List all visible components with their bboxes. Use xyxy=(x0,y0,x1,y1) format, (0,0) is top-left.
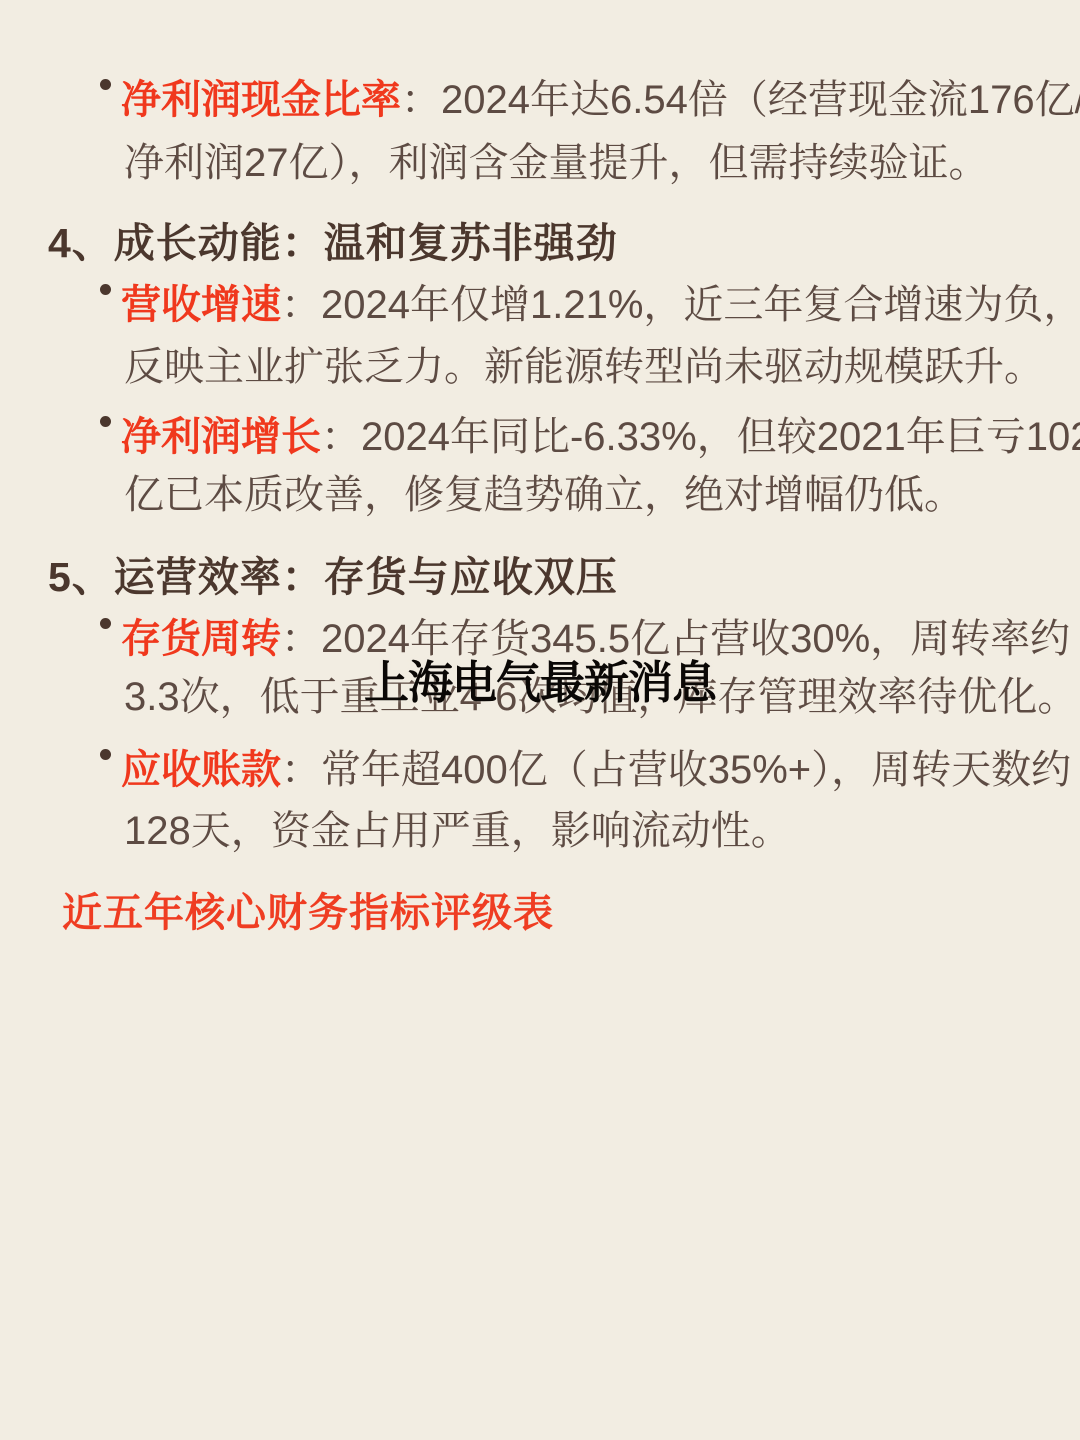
metric-label: 营收增速 xyxy=(121,283,281,327)
article-page: 净利润现金比率：2024年达6.54倍（经营现金流176亿/ 净利润27亿），利… xyxy=(0,0,1080,1440)
bullet-dot xyxy=(100,749,111,760)
metric-label: 净利润现金比率 xyxy=(121,78,401,122)
metric-line: 净利润现金比率：2024年达6.54倍（经营现金流176亿/ xyxy=(121,80,1080,120)
metric-line: 存货周转：2024年存货345.5亿占营收30%，周转率约 xyxy=(121,619,1070,659)
metric-text: ：常年超400亿（占营收35%+），周转天数约 xyxy=(281,748,1071,792)
section-heading-4: 4、成长动能：温和复苏非强劲 xyxy=(48,223,618,264)
metric-text: ：2024年存货345.5亿占营收30%，周转率约 xyxy=(281,617,1070,661)
metric-text-wrap: 128天，资金占用严重，影响流动性。 xyxy=(124,811,791,851)
metric-label: 存货周转 xyxy=(121,617,281,661)
table-title: 近五年核心财务指标评级表 xyxy=(62,893,554,933)
bullet-dot xyxy=(100,618,111,629)
metric-text-wrap: 亿已本质改善，修复趋势确立，绝对增幅仍低。 xyxy=(124,475,964,515)
metric-label: 应收账款 xyxy=(121,748,281,792)
metric-text: ：2024年达6.54倍（经营现金流176亿/ xyxy=(401,78,1080,122)
section-heading-5: 5、运营效率：存货与应收双压 xyxy=(48,557,618,598)
metric-text-wrap: 反映主业扩张乏力。新能源转型尚未驱动规模跃升。 xyxy=(124,347,1044,387)
metric-text: ：2024年仅增1.21%，近三年复合增速为负， xyxy=(281,283,1080,327)
metric-label: 净利润增长 xyxy=(121,415,321,459)
metric-line: 营收增速：2024年仅增1.21%，近三年复合增速为负， xyxy=(121,285,1080,325)
metric-text: ：2024年同比-6.33%，但较2021年巨亏102 xyxy=(321,415,1080,459)
metric-line: 净利润增长：2024年同比-6.33%，但较2021年巨亏102 xyxy=(121,417,1080,457)
bullet-dot xyxy=(100,284,111,295)
bullet-dot xyxy=(100,79,111,90)
metric-line: 应收账款：常年超400亿（占营收35%+），周转天数约 xyxy=(121,750,1071,790)
bullet-dot xyxy=(100,416,111,427)
metric-text-wrap: 净利润27亿），利润含金量提升，但需持续验证。 xyxy=(124,143,989,183)
watermark-title: 上海电气最新消息 xyxy=(364,660,716,705)
